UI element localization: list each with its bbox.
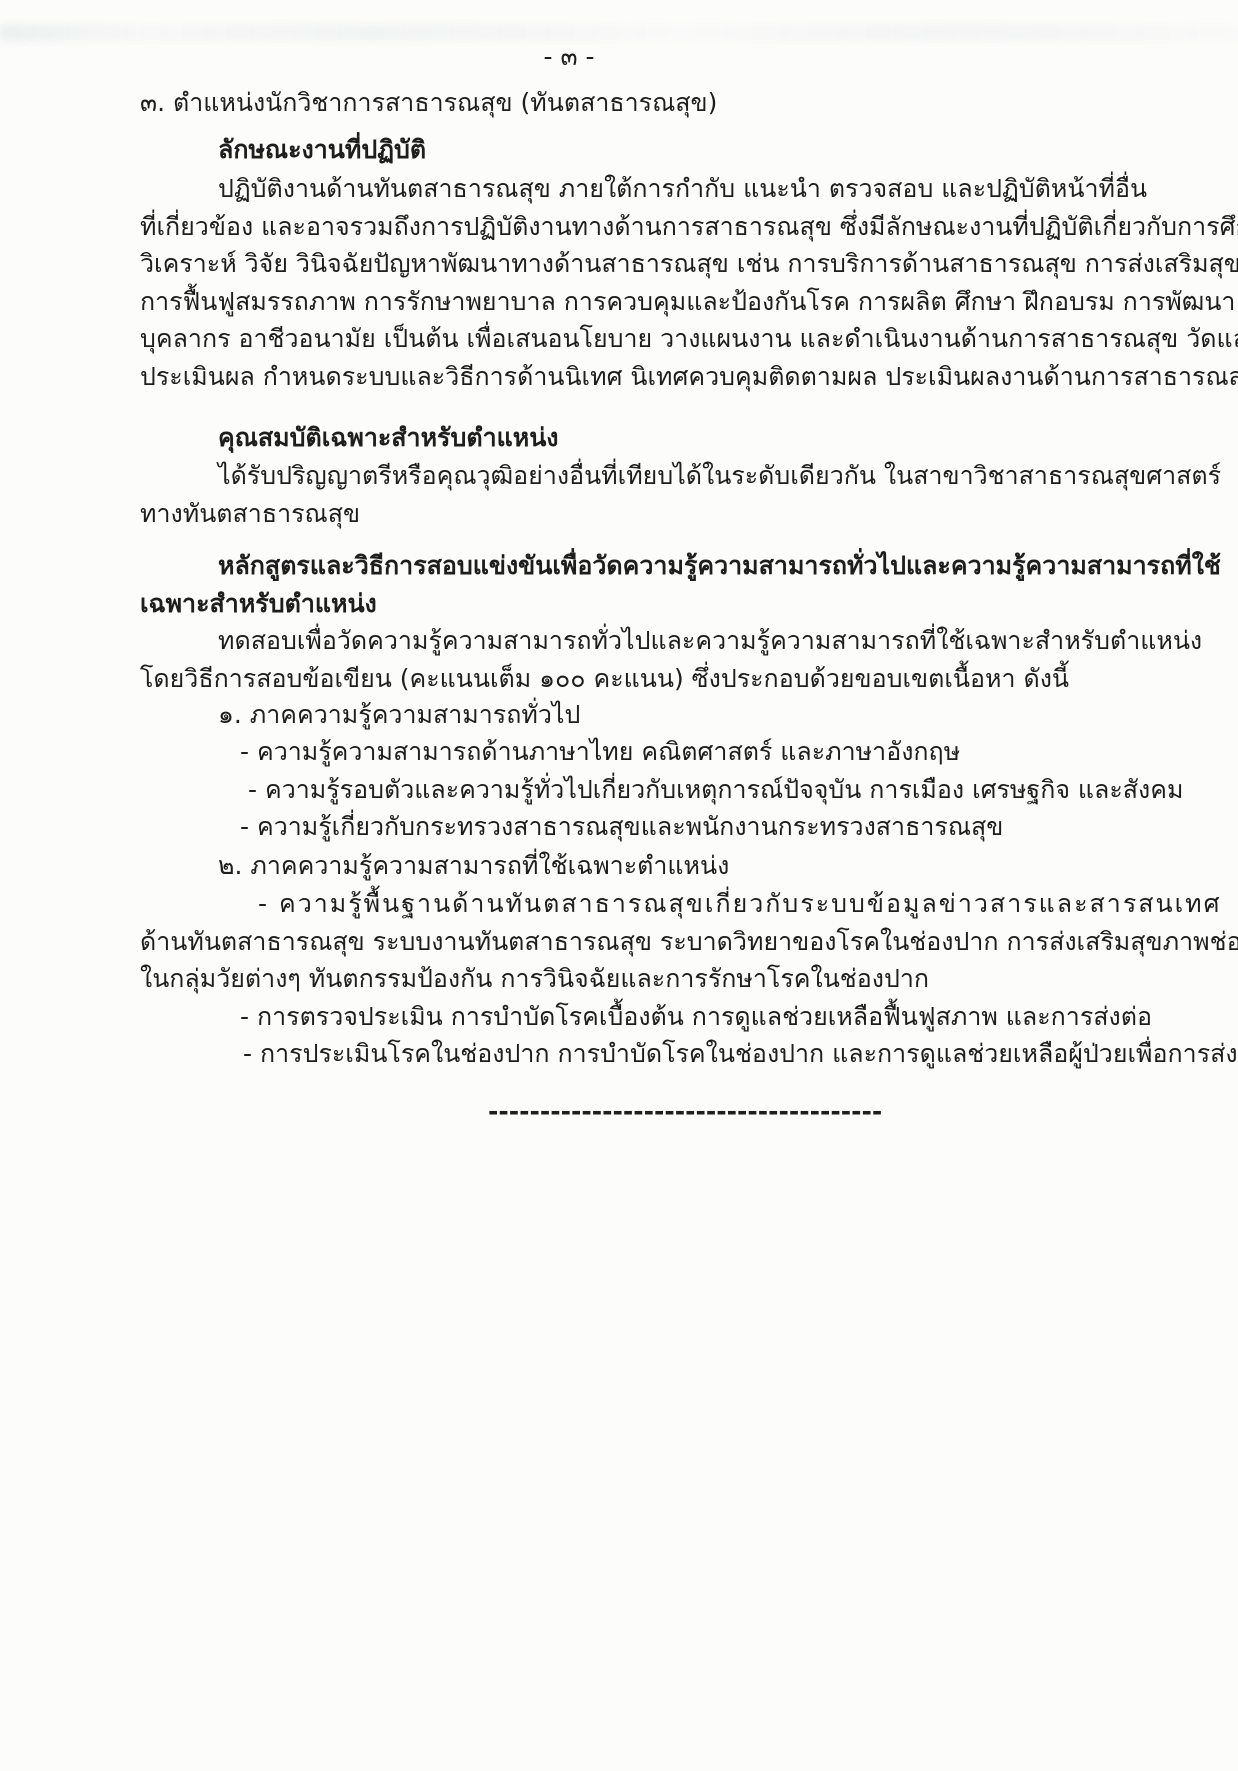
qualifications-section-heading: คุณสมบัติเฉพาะสำหรับตำแหน่ง xyxy=(218,419,559,457)
end-divider-dashes: -------------------------------------- xyxy=(488,1093,828,1131)
page-number: - ๓ - xyxy=(0,38,1138,76)
exam-heading-line: เฉพาะสำหรับตำแหน่ง xyxy=(140,585,1108,623)
page-title: ๓. ตำแหน่งนักวิชาการสาธารณสุข (ทันตสาธาร… xyxy=(140,84,1120,122)
duties-line: การฟื้นฟูสมรรถภาพ การรักษาพยาบาล การควบค… xyxy=(140,283,1108,321)
qualifications-line: ได้รับปริญญาตรีหรือคุณวุฒิอย่างอื่นที่เท… xyxy=(140,457,1108,495)
exam-intro-line: โดยวิธีการสอบข้อเขียน (คะแนนเต็ม ๑๐๐ คะแ… xyxy=(140,660,1108,698)
exam-heading-line: หลักสูตรและวิธีการสอบแข่งขันเพื่อวัดความ… xyxy=(140,547,1108,585)
duties-line: ปฏิบัติงานด้านทันตสาธารณสุข ภายใต้การกำก… xyxy=(140,170,1108,208)
exam-part2-item-continuation: ในกลุ่มวัยต่างๆ ทันตกรรมป้องกัน การวินิจ… xyxy=(140,960,1108,998)
duties-section-heading: ลักษณะงานที่ปฏิบัติ xyxy=(218,131,426,169)
exam-part2-item: - การตรวจประเมิน การบำบัดโรคเบื้องต้น กา… xyxy=(140,998,1108,1036)
qualifications-line: ทางทันตสาธารณสุข xyxy=(140,495,1108,533)
exam-intro-paragraph: ทดสอบเพื่อวัดความรู้ความสามารถทั่วไปและค… xyxy=(140,622,1108,697)
document-page: - ๓ - ๓. ตำแหน่งนักวิชาการสาธารณสุข (ทัน… xyxy=(0,0,1238,1771)
exam-part2-item: - ความรู้พื้นฐานด้านทันตสาธารณสุขเกี่ยวก… xyxy=(140,885,1108,923)
duties-line: วิเคราะห์ วิจัย วินิจฉัยปัญหาพัฒนาทางด้า… xyxy=(140,245,1108,283)
exam-part2-label: ๒. ภาคความรู้ความสามารถที่ใช้เฉพาะตำแหน่… xyxy=(218,847,729,885)
exam-section-heading: หลักสูตรและวิธีการสอบแข่งขันเพื่อวัดความ… xyxy=(140,547,1108,622)
exam-part2-items: - ความรู้พื้นฐานด้านทันตสาธารณสุขเกี่ยวก… xyxy=(140,885,1108,1073)
exam-intro-line: ทดสอบเพื่อวัดความรู้ความสามารถทั่วไปและค… xyxy=(140,622,1108,660)
qualifications-paragraph: ได้รับปริญญาตรีหรือคุณวุฒิอย่างอื่นที่เท… xyxy=(140,457,1108,532)
exam-part1-label: ๑. ภาคความรู้ความสามารถทั่วไป xyxy=(218,696,580,734)
exam-part1-item: - ความรู้ความสามารถด้านภาษาไทย คณิตศาสตร… xyxy=(140,733,1108,771)
exam-part1-item: - ความรู้รอบตัวและความรู้ทั่วไปเกี่ยวกับ… xyxy=(140,771,1108,809)
exam-part1-item: - ความรู้เกี่ยวกับกระทรวงสาธารณสุขและพนั… xyxy=(140,808,1108,846)
duties-line: บุคลากร อาชีวอนามัย เป็นต้น เพื่อเสนอนโย… xyxy=(140,320,1108,358)
duties-paragraph: ปฏิบัติงานด้านทันตสาธารณสุข ภายใต้การกำก… xyxy=(140,170,1108,395)
exam-part2-item-continuation: ด้านทันตสาธารณสุข ระบบงานทันตสาธารณสุข ร… xyxy=(140,923,1108,961)
duties-line: ที่เกี่ยวข้อง และอาจรวมถึงการปฏิบัติงานท… xyxy=(140,208,1108,246)
exam-part2-item: - การประเมินโรคในช่องปาก การบำบัดโรคในช่… xyxy=(140,1035,1108,1073)
exam-part1-items: - ความรู้ความสามารถด้านภาษาไทย คณิตศาสตร… xyxy=(140,733,1108,846)
duties-line: ประเมินผล กำหนดระบบและวิธีการด้านนิเทศ น… xyxy=(140,358,1108,396)
